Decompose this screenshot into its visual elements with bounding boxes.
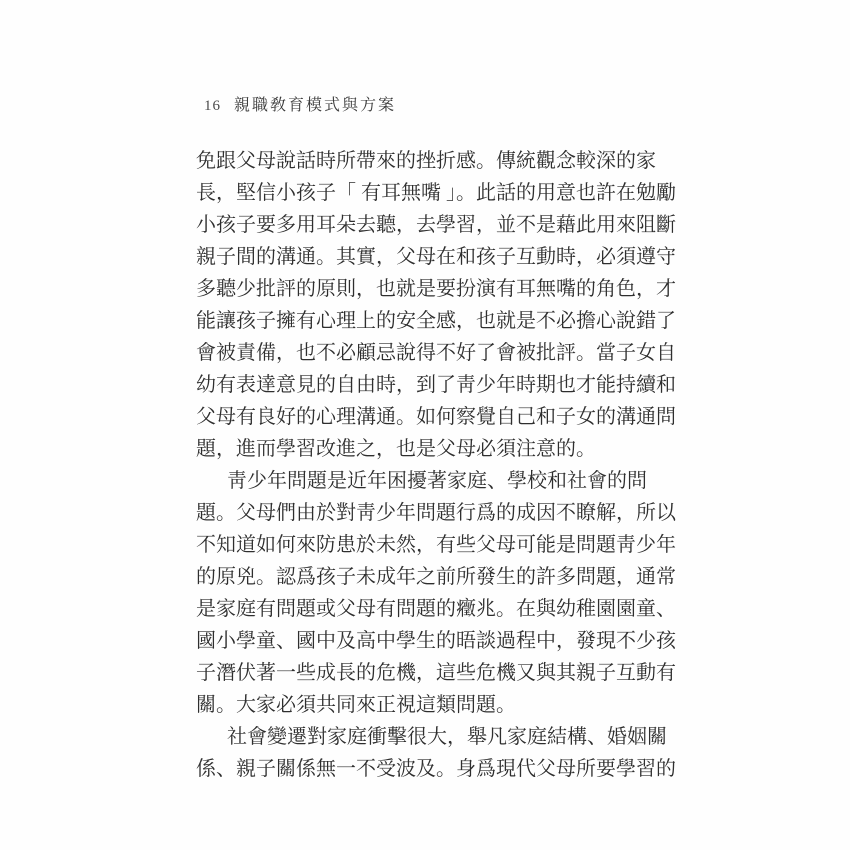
text-line: 幼有表達意見的自由時，到了靑少年時期也才能持續和 (196, 369, 646, 401)
body-text: 免跟父母說話時所帶來的挫折感。傳統觀念較深的家 長，堅信小孩子「 有耳無嘴 」。… (196, 145, 646, 785)
text-line: 小孩子要多用耳朵去聽，去學習，並不是藉此用來阻斷 (196, 209, 646, 241)
text-line: 的原兇。認爲孩子未成年之前所發生的許多問題，通常 (196, 561, 646, 593)
page-number: 16 (204, 98, 221, 114)
book-page: 16親職敎育模式與方案 免跟父母說話時所帶來的挫折感。傳統觀念較深的家 長，堅信… (0, 0, 850, 850)
text-line: 父母有良好的心理溝通。如何察覺自己和子女的溝通問 (196, 401, 646, 433)
text-line: 題。父母們由於對靑少年問題行爲的成因不瞭解，所以 (196, 497, 646, 529)
text-line: 係、親子關係無一不受波及。身爲現代父母所要學習的 (196, 753, 646, 785)
text-line: 社會變遷對家庭衝擊很大，舉凡家庭結構、婚姻關 (196, 721, 646, 753)
text-line: 不知道如何來防患於未然，有些父母可能是問題靑少年 (196, 529, 646, 561)
text-line: 子潛伏著一些成長的危機，這些危機又與其親子互動有 (196, 657, 646, 689)
running-title: 親職敎育模式與方案 (234, 97, 396, 114)
text-line: 會被責備，也不必顧忌說得不好了會被批評。當子女自 (196, 337, 646, 369)
text-line: 多聽少批評的原則，也就是要扮演有耳無嘴的角色，才 (196, 273, 646, 305)
text-line: 關。大家必須共同來正視這類問題。 (196, 689, 646, 721)
text-line: 能讓孩子擁有心理上的安全感，也就是不必擔心說錯了 (196, 305, 646, 337)
page-header: 16親職敎育模式與方案 (204, 96, 396, 116)
text-line: 免跟父母說話時所帶來的挫折感。傳統觀念較深的家 (196, 145, 646, 177)
text-line: 是家庭有問題或父母有問題的癥兆。在與幼稚園園童、 (196, 593, 646, 625)
text-line: 題，進而學習改進之，也是父母必須注意的。 (196, 433, 646, 465)
text-line: 靑少年問題是近年困擾著家庭、學校和社會的問 (196, 465, 646, 497)
text-line: 國小學童、國中及高中學生的晤談過程中，發現不少孩 (196, 625, 646, 657)
text-line: 親子間的溝通。其實，父母在和孩子互動時，必須遵守 (196, 241, 646, 273)
text-line: 長，堅信小孩子「 有耳無嘴 」。此話的用意也許在勉勵 (196, 177, 646, 209)
